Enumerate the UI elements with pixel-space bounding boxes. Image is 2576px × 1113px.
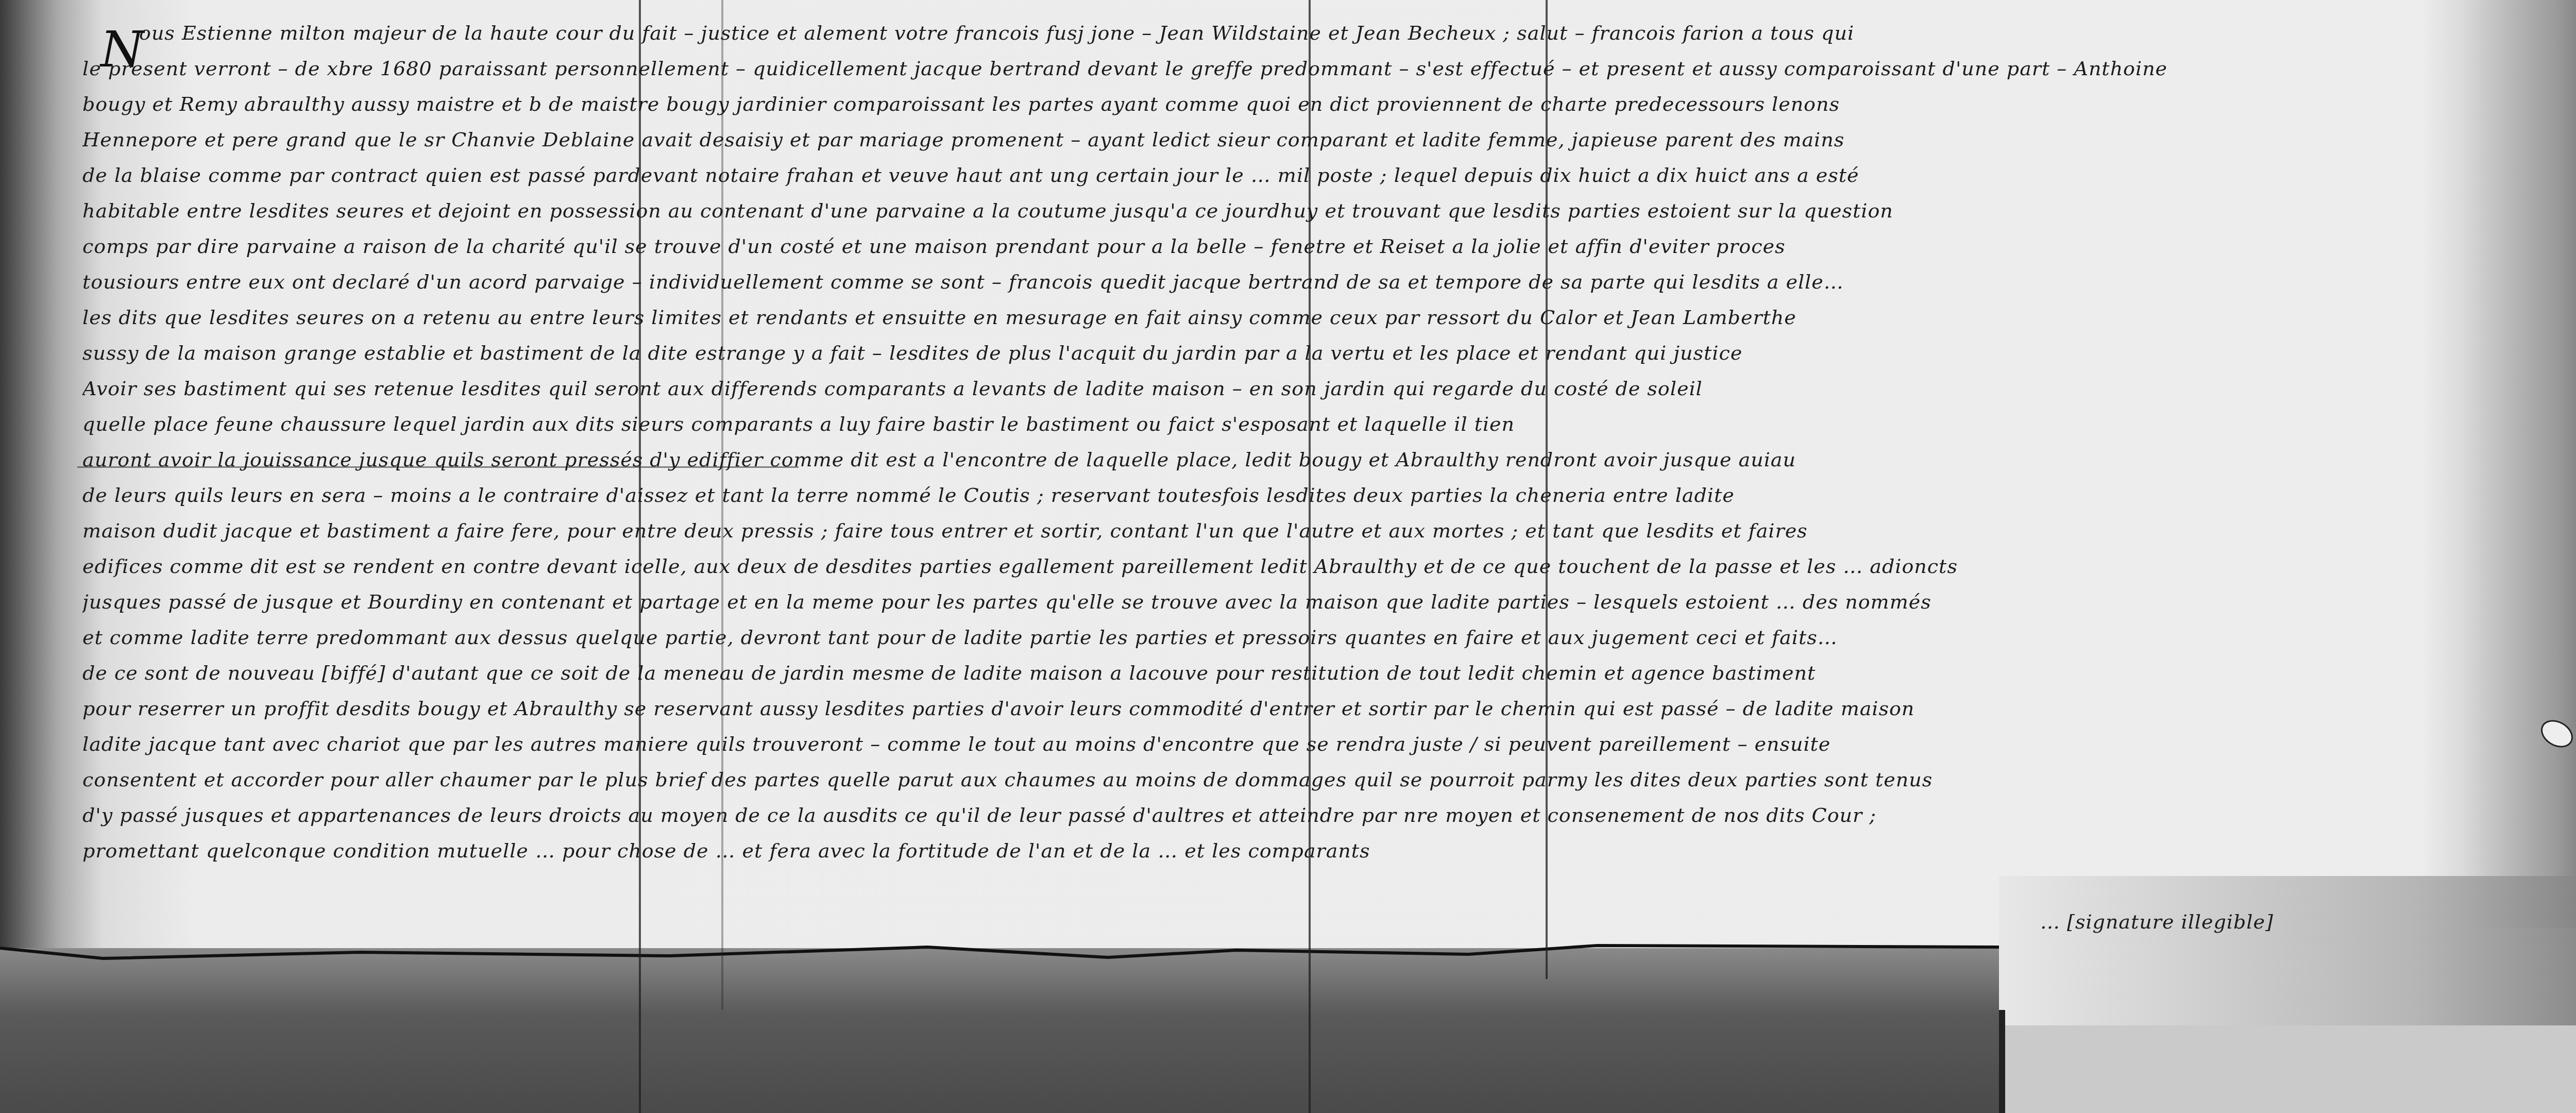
- manuscript-line: de leurs quils leurs en sera – moins a l…: [82, 478, 2576, 513]
- torn-bottom-backing: [0, 948, 1999, 1113]
- manuscript-line: edifices comme dit est se rendent en con…: [82, 549, 2576, 584]
- manuscript-line: les dits que lesdites seures on a retenu…: [82, 300, 2576, 335]
- manuscript-line: consentent et accorder pour aller chaume…: [82, 762, 2576, 798]
- manuscript-line: jusques passé de jusque et Bourdiny en c…: [82, 584, 2576, 620]
- manuscript-line: promettant quelconque condition mutuelle…: [82, 833, 2576, 869]
- manuscript-line: [82, 869, 2576, 904]
- manuscript-line: d'y passé jusques et appartenances de le…: [82, 798, 2576, 833]
- manuscript-line: et comme ladite terre predommant aux des…: [82, 620, 2576, 655]
- manuscript-line: quelle place feune chaussure lequel jard…: [82, 407, 2576, 442]
- manuscript-line: tousiours entre eux ont declaré d'un aco…: [82, 264, 2576, 300]
- manuscript-line: ous Estienne milton majeur de la haute c…: [82, 15, 2576, 51]
- bottom-right-gray-strip: [1999, 1025, 2576, 1113]
- manuscript-line: pour reserrer un proffit desdits bougy e…: [82, 691, 2576, 727]
- manuscript-line: Hennepore et pere grand que le sr Chanvi…: [82, 122, 2576, 158]
- manuscript-line: maison dudit jacque et bastiment a faire…: [82, 513, 2576, 549]
- manuscript-line: ladite jacque tant avec chariot que par …: [82, 727, 2576, 762]
- manuscript-line: sussy de la maison grange establie et ba…: [82, 335, 2576, 371]
- manuscript-line: habitable entre lesdites seures et dejoi…: [82, 193, 2576, 229]
- manuscript-line: auront avoir la jouissance jusque quils …: [82, 442, 2576, 478]
- manuscript-line: le present verront – de xbre 1680 parais…: [82, 51, 2576, 87]
- backing-edge: [1999, 1010, 2005, 1113]
- manuscript-line: comps par dire parvaine a raison de la c…: [82, 229, 2576, 264]
- manuscript-body: ous Estienne milton majeur de la haute c…: [82, 15, 2576, 940]
- signature-line: … [signature illegible]: [82, 904, 2576, 940]
- manuscript-line: bougy et Remy abraulthy aussy maistre et…: [82, 87, 2576, 122]
- manuscript-line: de ce sont de nouveau [biffé] d'autant q…: [82, 655, 2576, 691]
- manuscript-line: Avoir ses bastiment qui ses retenue lesd…: [82, 371, 2576, 407]
- torn-edge-line: [0, 943, 1999, 964]
- manuscript-line: de la blaise comme par contract quien es…: [82, 158, 2576, 193]
